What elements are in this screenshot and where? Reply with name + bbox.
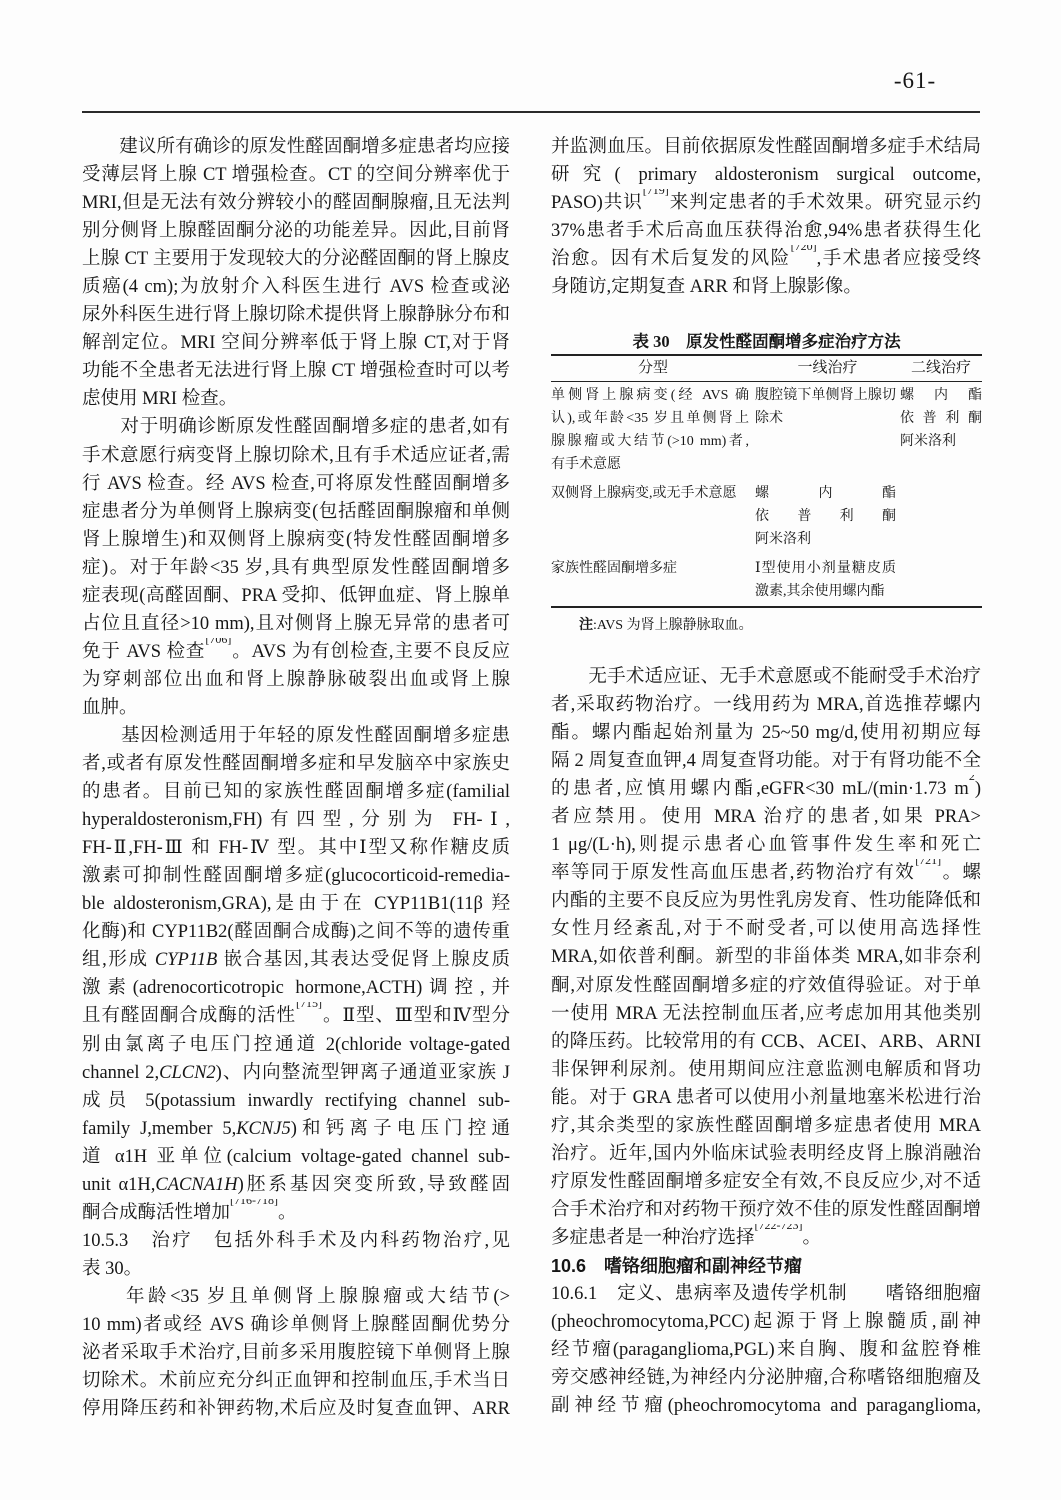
text-line: ble aldosteronism,GRA),是由于在 CYP11B1(11β … bbox=[82, 890, 510, 918]
treatment-table: 表 30 原发性醛固酮增多症治疗方法 分型 一线治疗 二线治疗 单侧肾上腺病变(… bbox=[551, 330, 982, 637]
table-cell-line: 阿米洛利 bbox=[755, 528, 896, 551]
text-line: 无手术适应证、无手术意愿或不能耐受手术治疗 bbox=[551, 663, 981, 691]
text-line: 为穿刺部位出血和肾上腺静脉破裂出血或肾上腺 bbox=[82, 666, 510, 694]
text-line: 37%患者手术后高血压获得治愈,94%患者获得生化 bbox=[551, 217, 981, 245]
text-line: 手术意愿行病变肾上腺切除术,且有手术适应证者,需 bbox=[82, 442, 510, 470]
text-line: 率等同于原发性高血压患者,药物治疗有效[721]。螺 bbox=[551, 859, 981, 887]
text-line: 者,采取药物治疗。一线用药为 MRA,首选推荐螺内 bbox=[551, 691, 981, 719]
table-header-row: 分型 一线治疗 二线治疗 bbox=[551, 356, 982, 381]
text-line: 表 30。 bbox=[82, 1255, 510, 1283]
table-row: 单侧肾上腺病变(经 AVS 确认),或年龄<35 岁且单侧肾上腺腺瘤或大结节(>… bbox=[551, 384, 982, 476]
text-line: 酯。螺内酯起始剂量为 25~50 mg/d,使用初期应每 bbox=[551, 719, 981, 747]
table-cell-line: 腹腔镜下单侧肾上腺切 bbox=[755, 384, 896, 407]
text-line: 症患者分为单侧肾上腺病变(包括醛固酮腺瘤和单侧 bbox=[82, 498, 510, 526]
text-line: 症)。对于年龄<35 岁,具有典型原发性醛固酮增多 bbox=[82, 554, 510, 582]
table-cell: 腹腔镜下单侧肾上腺切除术 bbox=[755, 384, 900, 476]
text-line: 治愈。因有术后复发的风险[720],手术患者应接受终 bbox=[551, 245, 981, 273]
text-line: hyperaldosteronism,FH)有四型,分别为 FH-Ⅰ, bbox=[82, 806, 510, 834]
table-cell-line: 单侧肾上腺病变(经 AVS 确 bbox=[551, 384, 749, 407]
text-line: 旁交感神经链,为神经内分泌肿瘤,合称嗜铬细胞瘤及 bbox=[551, 1364, 981, 1392]
text-line: 肾上腺增生)和双侧肾上腺病变(特发性醛固酮增多 bbox=[82, 526, 510, 554]
document-page: -61- 建议所有确诊的原发性醛固酮增多症患者均应接受薄层肾上腺 CT 增强检查… bbox=[0, 0, 1061, 1500]
table-column-header-type: 分型 bbox=[551, 356, 755, 381]
left-column: 建议所有确诊的原发性醛固酮增多症患者均应接受薄层肾上腺 CT 增强检查。CT 的… bbox=[82, 133, 510, 1423]
text-line: 基因检测适用于年轻的原发性醛固酮增多症患 bbox=[82, 722, 510, 750]
table-cell-line: 螺内酯 bbox=[900, 384, 982, 407]
text-line: 酮合成酶活性增加[716-718]。 bbox=[82, 1199, 510, 1227]
text-line: 化酶)和 CYP11B2(醛固酮合成酶)之间不等的遗传重 bbox=[82, 918, 510, 946]
text-line: 隔 2 周复查血钾,4 周复查肾功能。对于有肾功能不全 bbox=[551, 747, 981, 775]
text-line: (pheochromocytoma,PCC)起源于肾上腺髓质,副神 bbox=[551, 1308, 981, 1336]
text-line: 血肿。 bbox=[82, 694, 510, 722]
text-line: 别分侧肾上腺醛固酮分泌的功能差异。因此,目前肾 bbox=[82, 217, 510, 245]
text-line: 一使用 MRA 无法控制血压者,应考虑加用其他类别 bbox=[551, 1000, 981, 1028]
text-line: 症表现(高醛固酮、PRA 受抑、低钾血症、肾上腺单侧 bbox=[82, 582, 510, 610]
header-rule bbox=[82, 111, 980, 113]
text-line: 虑使用 MRI 检查。 bbox=[82, 385, 510, 413]
text-line: 合手术治疗和对药物干预疗效不佳的原发性醛固酮增 bbox=[551, 1196, 981, 1224]
table-cell-line: 双侧肾上腺病变,或无手术意愿 bbox=[551, 482, 749, 505]
table-row: 家族性醛固酮增多症Ⅰ型使用小剂量糖皮质激素,其余使用螺内酯 bbox=[551, 557, 982, 603]
text-line: 研究( primary aldosteronism surgical outco… bbox=[551, 161, 981, 189]
text-line: 身随访,定期复查 ARR 和肾上腺影像。 bbox=[551, 273, 981, 301]
table-cell bbox=[900, 557, 982, 603]
table-cell-line: 家族性醛固酮增多症 bbox=[551, 557, 749, 580]
text-line: 疗,其余类型的家族性醛固酮增多症患者使用 MRA bbox=[551, 1112, 981, 1140]
text-line: 行 AVS 检查。经 AVS 检查,可将原发性醛固酮增多 bbox=[82, 470, 510, 498]
text-line: 的降压药。比较常用的有 CCB、ACEI、ARB、ARNI 和 bbox=[551, 1028, 981, 1056]
text-line: channel 2,CLCN2)、内向整流型钾离子通道亚家族 J bbox=[82, 1059, 510, 1087]
table-cell-line: 依普利酮 bbox=[900, 407, 982, 430]
text-line: 别由氯离子电压门控通道 2(chloride voltage-gated bbox=[82, 1031, 510, 1059]
table-cell-line: 认),或年龄<35 岁且单侧肾上 bbox=[551, 407, 749, 430]
table-body: 单侧肾上腺病变(经 AVS 确认),或年龄<35 岁且单侧肾上腺腺瘤或大结节(>… bbox=[551, 382, 982, 606]
table-rule-bottom bbox=[551, 606, 982, 608]
table-cell: 单侧肾上腺病变(经 AVS 确认),或年龄<35 岁且单侧肾上腺腺瘤或大结节(>… bbox=[551, 384, 755, 476]
text-line: 并监测血压。目前依据原发性醛固酮增多症手术结局 bbox=[551, 133, 981, 161]
text-line: 质癌(4 cm);为放射介入科医生进行 AVS 检查或泌 bbox=[82, 273, 510, 301]
text-line: 受薄层肾上腺 CT 增强检查。CT 的空间分辨率优于 bbox=[82, 161, 510, 189]
text-line: 激素可抑制性醛固酮增多症(glucocorticoid-remedia- bbox=[82, 862, 510, 890]
text-line: family J,member 5,KCNJ5)和钙离子电压门控通 bbox=[82, 1115, 510, 1143]
text-line: 组,形成 CYP11B 嵌合基因,其表达受促肾上腺皮质 bbox=[82, 946, 510, 974]
page-number: -61- bbox=[855, 66, 975, 96]
text-line: 治疗。近年,国内外临床试验表明经皮肾上腺消融治 bbox=[551, 1140, 981, 1168]
text-line: 多症患者是一种治疗选择[722-723]。 bbox=[551, 1224, 981, 1252]
text-line: 功能不全患者无法进行肾上腺 CT 增强检查时可以考 bbox=[82, 357, 510, 385]
text-line: 切除术。术前应充分纠正血钾和控制血压,手术当日 bbox=[82, 1367, 510, 1395]
table-note: 注:AVS 为肾上腺静脉取血。 bbox=[551, 615, 982, 637]
table-cell-line: 有手术意愿 bbox=[551, 453, 749, 476]
text-line: 疗原发性醛固酮增多症安全有效,不良反应少,对不适 bbox=[551, 1168, 981, 1196]
text-line: 上腺 CT 主要用于发现较大的分泌醛固酮的肾上腺皮 bbox=[82, 245, 510, 273]
table-cell-line: 除术 bbox=[755, 407, 896, 430]
section-heading: 10.6 嗜铬细胞瘤和副神经节瘤 bbox=[551, 1252, 981, 1280]
text-line: 副神经节瘤(pheochromocytoma and paraganglioma… bbox=[551, 1392, 981, 1420]
text-line: MRI,但是无法有效分辨较小的醛固酮腺瘤,且无法判 bbox=[82, 189, 510, 217]
table-column-header-secondline: 二线治疗 bbox=[900, 356, 982, 381]
text-line: 10.6.1 定义、患病率及遗传学机制 嗜铬细胞瘤 bbox=[551, 1280, 981, 1308]
text-line: 的患者。目前已知的家族性醛固酮增多症(familial bbox=[82, 778, 510, 806]
right-column-top: 并监测血压。目前依据原发性醛固酮增多症手术结局研究( primary aldos… bbox=[551, 133, 981, 301]
table-title: 表 30 原发性醛固酮增多症治疗方法 bbox=[551, 330, 982, 354]
table-cell-line: 激素,其余使用螺内酯 bbox=[755, 580, 896, 603]
table-cell: 螺内酯依普利酮阿米洛利 bbox=[755, 482, 900, 551]
text-line: 泌者采取手术治疗,目前多采用腹腔镜下单侧肾上腺 bbox=[82, 1339, 510, 1367]
table-cell: Ⅰ型使用小剂量糖皮质激素,其余使用螺内酯 bbox=[755, 557, 900, 603]
table-row: 双侧肾上腺病变,或无手术意愿螺内酯依普利酮阿米洛利 bbox=[551, 482, 982, 551]
text-line: 成员 5(potassium inwardly rectifying chann… bbox=[82, 1087, 510, 1115]
text-line: 10 mm)者或经 AVS 确诊单侧肾上腺醛固酮优势分 bbox=[82, 1311, 510, 1339]
table-cell: 螺内酯依普利酮阿米洛利 bbox=[900, 384, 982, 476]
table-cell: 家族性醛固酮增多症 bbox=[551, 557, 755, 603]
text-line: 解剖定位。MRI 空间分辨率低于肾上腺 CT,对于肾 bbox=[82, 329, 510, 357]
right-column-bottom: 无手术适应证、无手术意愿或不能耐受手术治疗者,采取药物治疗。一线用药为 MRA,… bbox=[551, 663, 981, 1420]
text-line: 的患者,应慎用螺内酯,eGFR<30 mL/(min·1.73 m2) bbox=[551, 775, 981, 803]
text-line: unit α1H,CACNA1H)胚系基因突变所致,导致醛固 bbox=[82, 1171, 510, 1199]
text-line: PASO)共识[719]来判定患者的手术效果。研究显示约 bbox=[551, 189, 981, 217]
text-line: 10.5.3 治疗 包括外科手术及内科药物治疗,见 bbox=[82, 1227, 510, 1255]
text-line: 免于 AVS 检查[706]。AVS 为有创检查,主要不良反应 bbox=[82, 638, 510, 666]
text-line: MRA,如依普利酮。新型的非甾体类 MRA,如非奈利 bbox=[551, 943, 981, 971]
text-line: 内酯的主要不良反应为男性乳房发育、性功能降低和 bbox=[551, 887, 981, 915]
text-line: 女性月经紊乱,对于不耐受者,可以使用高选择性 bbox=[551, 915, 981, 943]
text-line: 酮,对原发性醛固酮增多症的疗效值得验证。对于单 bbox=[551, 972, 981, 1000]
table-cell-line: 腺腺瘤或大结节(>10 mm)者, bbox=[551, 430, 749, 453]
table-cell: 双侧肾上腺病变,或无手术意愿 bbox=[551, 482, 755, 551]
text-line: 能。对于 GRA 患者可以使用小剂量地塞米松进行治 bbox=[551, 1084, 981, 1112]
text-line: 建议所有确诊的原发性醛固酮增多症患者均应接 bbox=[82, 133, 510, 161]
text-line: 者,或者有原发性醛固酮增多症和早发脑卒中家族史 bbox=[82, 750, 510, 778]
text-line: FH-Ⅱ,FH-Ⅲ 和 FH-Ⅳ 型。其中Ⅰ型又称作糖皮质 bbox=[82, 834, 510, 862]
table-cell-line: 依普利酮 bbox=[755, 505, 896, 528]
text-line: 经节瘤(paraganglioma,PGL)来自胸、腹和盆腔脊椎 bbox=[551, 1336, 981, 1364]
table-cell bbox=[900, 482, 982, 551]
text-line: 者应禁用。使用 MRA 治疗的患者,如果 PRA> bbox=[551, 803, 981, 831]
text-line: 道 α1H 亚单位(calcium voltage-gated channel … bbox=[82, 1143, 510, 1171]
table-cell-line: Ⅰ型使用小剂量糖皮质 bbox=[755, 557, 896, 580]
table-cell-line: 螺内酯 bbox=[755, 482, 896, 505]
table-cell-line: 阿米洛利 bbox=[900, 430, 982, 453]
text-line: 对于明确诊断原发性醛固酮增多症的患者,如有 bbox=[82, 413, 510, 441]
text-line: 且有醛固酮合成酶的活性[715]。Ⅱ型、Ⅲ型和Ⅳ型分 bbox=[82, 1002, 510, 1030]
text-line: 占位且直径>10 mm),且对侧肾上腺无异常的患者可 bbox=[82, 610, 510, 638]
text-line: 停用降压药和补钾药物,术后应及时复查血钾、ARR bbox=[82, 1395, 510, 1423]
text-line: 年龄<35 岁且单侧肾上腺腺瘤或大结节(> bbox=[82, 1283, 510, 1311]
text-line: 非保钾利尿剂。使用期间应注意监测电解质和肾功 bbox=[551, 1056, 981, 1084]
text-line: 1 μg/(L·h),则提示患者心血管事件发生率和死亡 bbox=[551, 831, 981, 859]
text-line: 激素(adrenocorticotropic hormone,ACTH)调控,并 bbox=[82, 974, 510, 1002]
table-column-header-firstline: 一线治疗 bbox=[755, 356, 900, 381]
text-line: 尿外科医生进行肾上腺切除术提供肾上腺静脉分布和 bbox=[82, 301, 510, 329]
